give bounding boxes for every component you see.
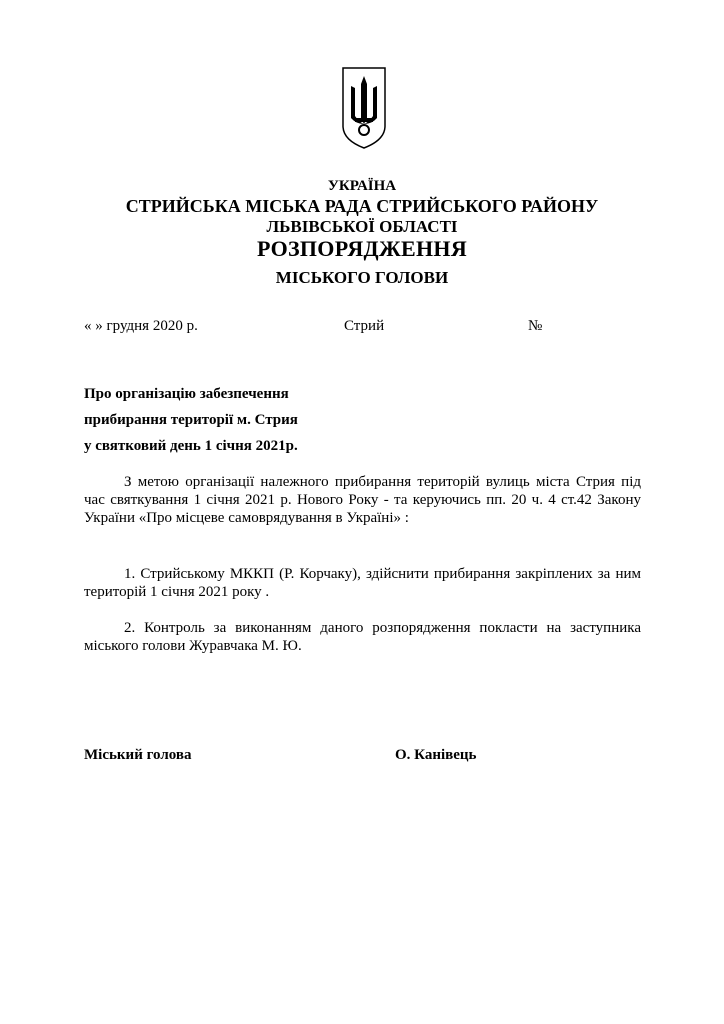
document-date: « » грудня 2020 р. — [84, 318, 198, 335]
document-number-label: № — [528, 318, 542, 335]
order-item: 1. Стрийському МККП (Р. Корчаку), здійсн… — [84, 565, 641, 601]
subject-line: Про організацію забезпечення — [84, 386, 289, 403]
header-country: УКРАЇНА — [0, 178, 724, 195]
coat-of-arms-icon — [341, 66, 387, 150]
subject-line: у святковий день 1 січня 2021р. — [84, 438, 298, 455]
signature-name: О. Канівець — [395, 747, 477, 764]
document-place: Стрий — [344, 318, 384, 335]
document-type-title: РОЗПОРЯДЖЕННЯ — [0, 236, 724, 262]
signature-title: Міський голова — [84, 747, 191, 764]
preamble-paragraph: З метою організації належного прибирання… — [84, 473, 641, 527]
header-region: ЛЬВІВСЬКОЇ ОБЛАСТІ — [0, 217, 724, 237]
order-item: 2. Контроль за виконанням даного розпоря… — [84, 619, 641, 655]
header-council: СТРИЙСЬКА МІСЬКА РАДА СТРИЙСЬКОГО РАЙОНУ — [0, 196, 724, 217]
subject-line: прибирання території м. Стрия — [84, 412, 298, 429]
header-issuer: МІСЬКОГО ГОЛОВИ — [0, 268, 724, 288]
